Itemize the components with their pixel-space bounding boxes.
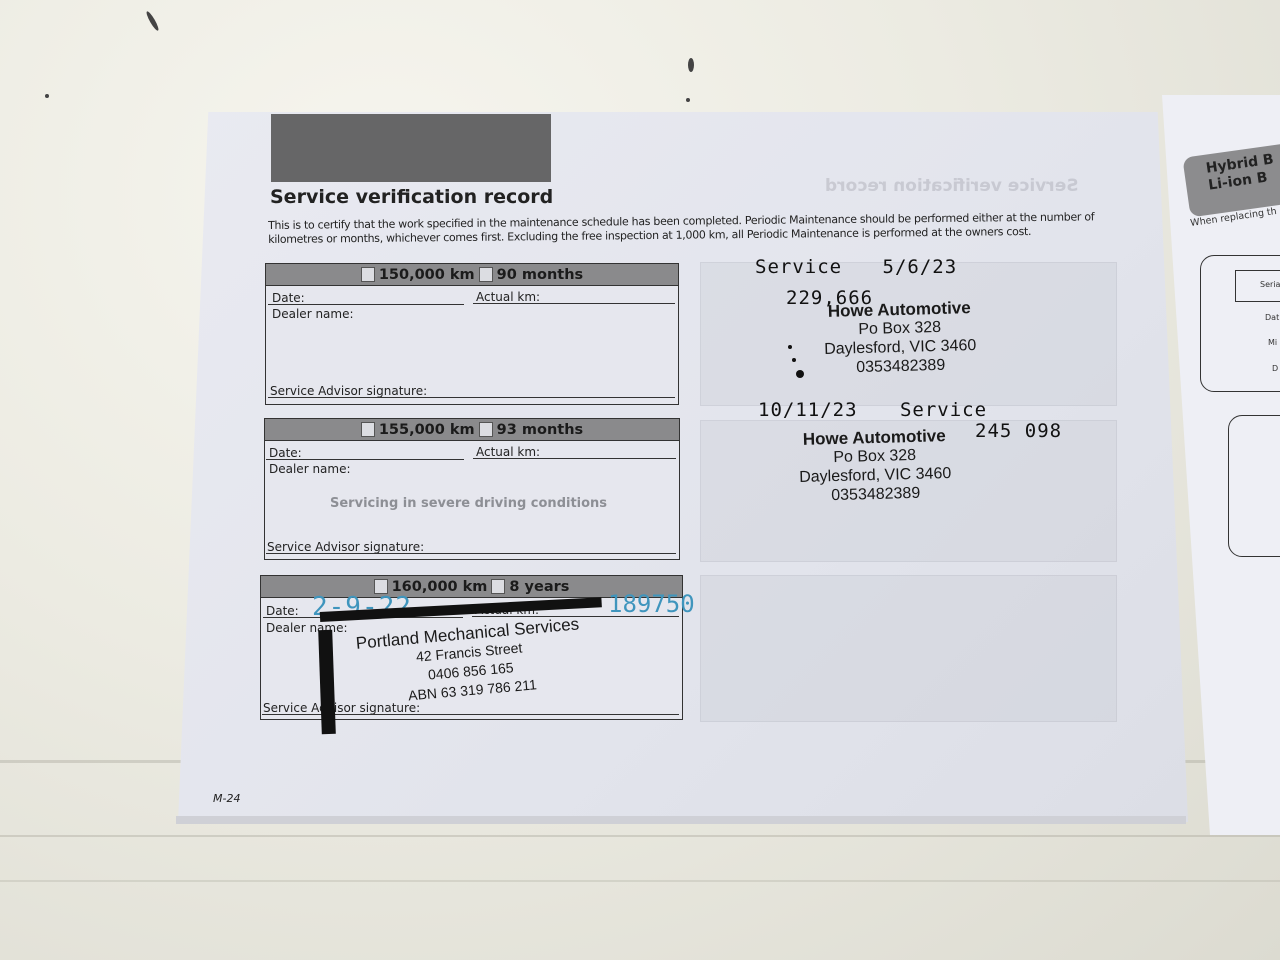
record-header: 155,000 km 93 months (265, 419, 679, 441)
ink-dot (792, 358, 796, 362)
record-km: 155,000 km (379, 422, 475, 438)
record-period: 93 months (497, 422, 584, 438)
page-number: M-24 (213, 792, 240, 805)
service-date: 10/11/23 (758, 399, 858, 421)
service-label: Service (755, 256, 842, 278)
show-through-box (700, 575, 1117, 722)
ink-dot (796, 370, 804, 378)
dealer-stamp-howe: Howe Automotive Po Box 328 Daylesford, V… (769, 425, 981, 506)
date-label: Date: (266, 604, 299, 618)
surface-speck (686, 98, 690, 102)
surface-speck (145, 10, 160, 32)
header-bar (271, 114, 551, 182)
page-title: Service verification record (270, 186, 553, 208)
surface-speck (688, 58, 694, 72)
km-checkbox[interactable] (361, 267, 375, 282)
dealer-name-label: Dealer name: (272, 307, 354, 321)
period-checkbox[interactable] (479, 422, 493, 437)
record-header: 150,000 km 90 months (266, 264, 678, 286)
actual-km-line (473, 458, 676, 459)
page-edge (176, 816, 1186, 824)
service-date: 5/6/23 (883, 256, 958, 278)
dealer-name-label: Dealer name: (266, 621, 348, 635)
surface-ridge (0, 880, 1280, 882)
signature-line (266, 553, 676, 554)
date-line (266, 459, 464, 460)
show-through-title: Service verification record (825, 176, 1078, 196)
service-label: Service (900, 399, 987, 421)
field-label: Mi (1268, 338, 1277, 347)
dealer-name-label: Dealer name: (269, 462, 351, 476)
period-checkbox[interactable] (491, 579, 505, 594)
km-checkbox[interactable] (361, 422, 375, 437)
date-label: Date: (269, 446, 302, 460)
signature-label: Service Advisor signature: (270, 384, 427, 398)
handwritten-service-1: Service 5/6/23 (755, 256, 957, 278)
record-period: 90 months (497, 267, 584, 283)
service-km: 245 098 (975, 420, 1062, 442)
record-km: 150,000 km (379, 267, 475, 283)
dealer-stamp-howe: Howe Automotive Po Box 328 Daylesford, V… (789, 297, 1011, 379)
surface-ridge (0, 835, 1280, 837)
actual-km-label: Actual km: (476, 290, 540, 304)
surface-speck (45, 94, 49, 98)
date-line (268, 304, 464, 305)
service-record-155000: 155,000 km 93 months (264, 418, 680, 560)
handwritten-km: 189750 (608, 590, 695, 618)
actual-km-label: Actual km: (476, 445, 540, 459)
signature-label: Service Advisor signature: (267, 540, 424, 554)
signature-line (268, 397, 675, 398)
record-period: 8 years (509, 579, 569, 595)
field-label: Dat (1265, 313, 1279, 322)
field-label: Seria (1260, 280, 1280, 289)
period-checkbox[interactable] (479, 267, 493, 282)
actual-km-line (473, 303, 675, 304)
date-label: Date: (272, 291, 305, 305)
handwritten-service-2: 10/11/23 Service (758, 399, 987, 421)
battery-card (1228, 415, 1280, 557)
severe-conditions-note: Servicing in severe driving conditions (330, 496, 607, 511)
ink-dot (788, 345, 792, 349)
field-label: D (1272, 364, 1278, 373)
